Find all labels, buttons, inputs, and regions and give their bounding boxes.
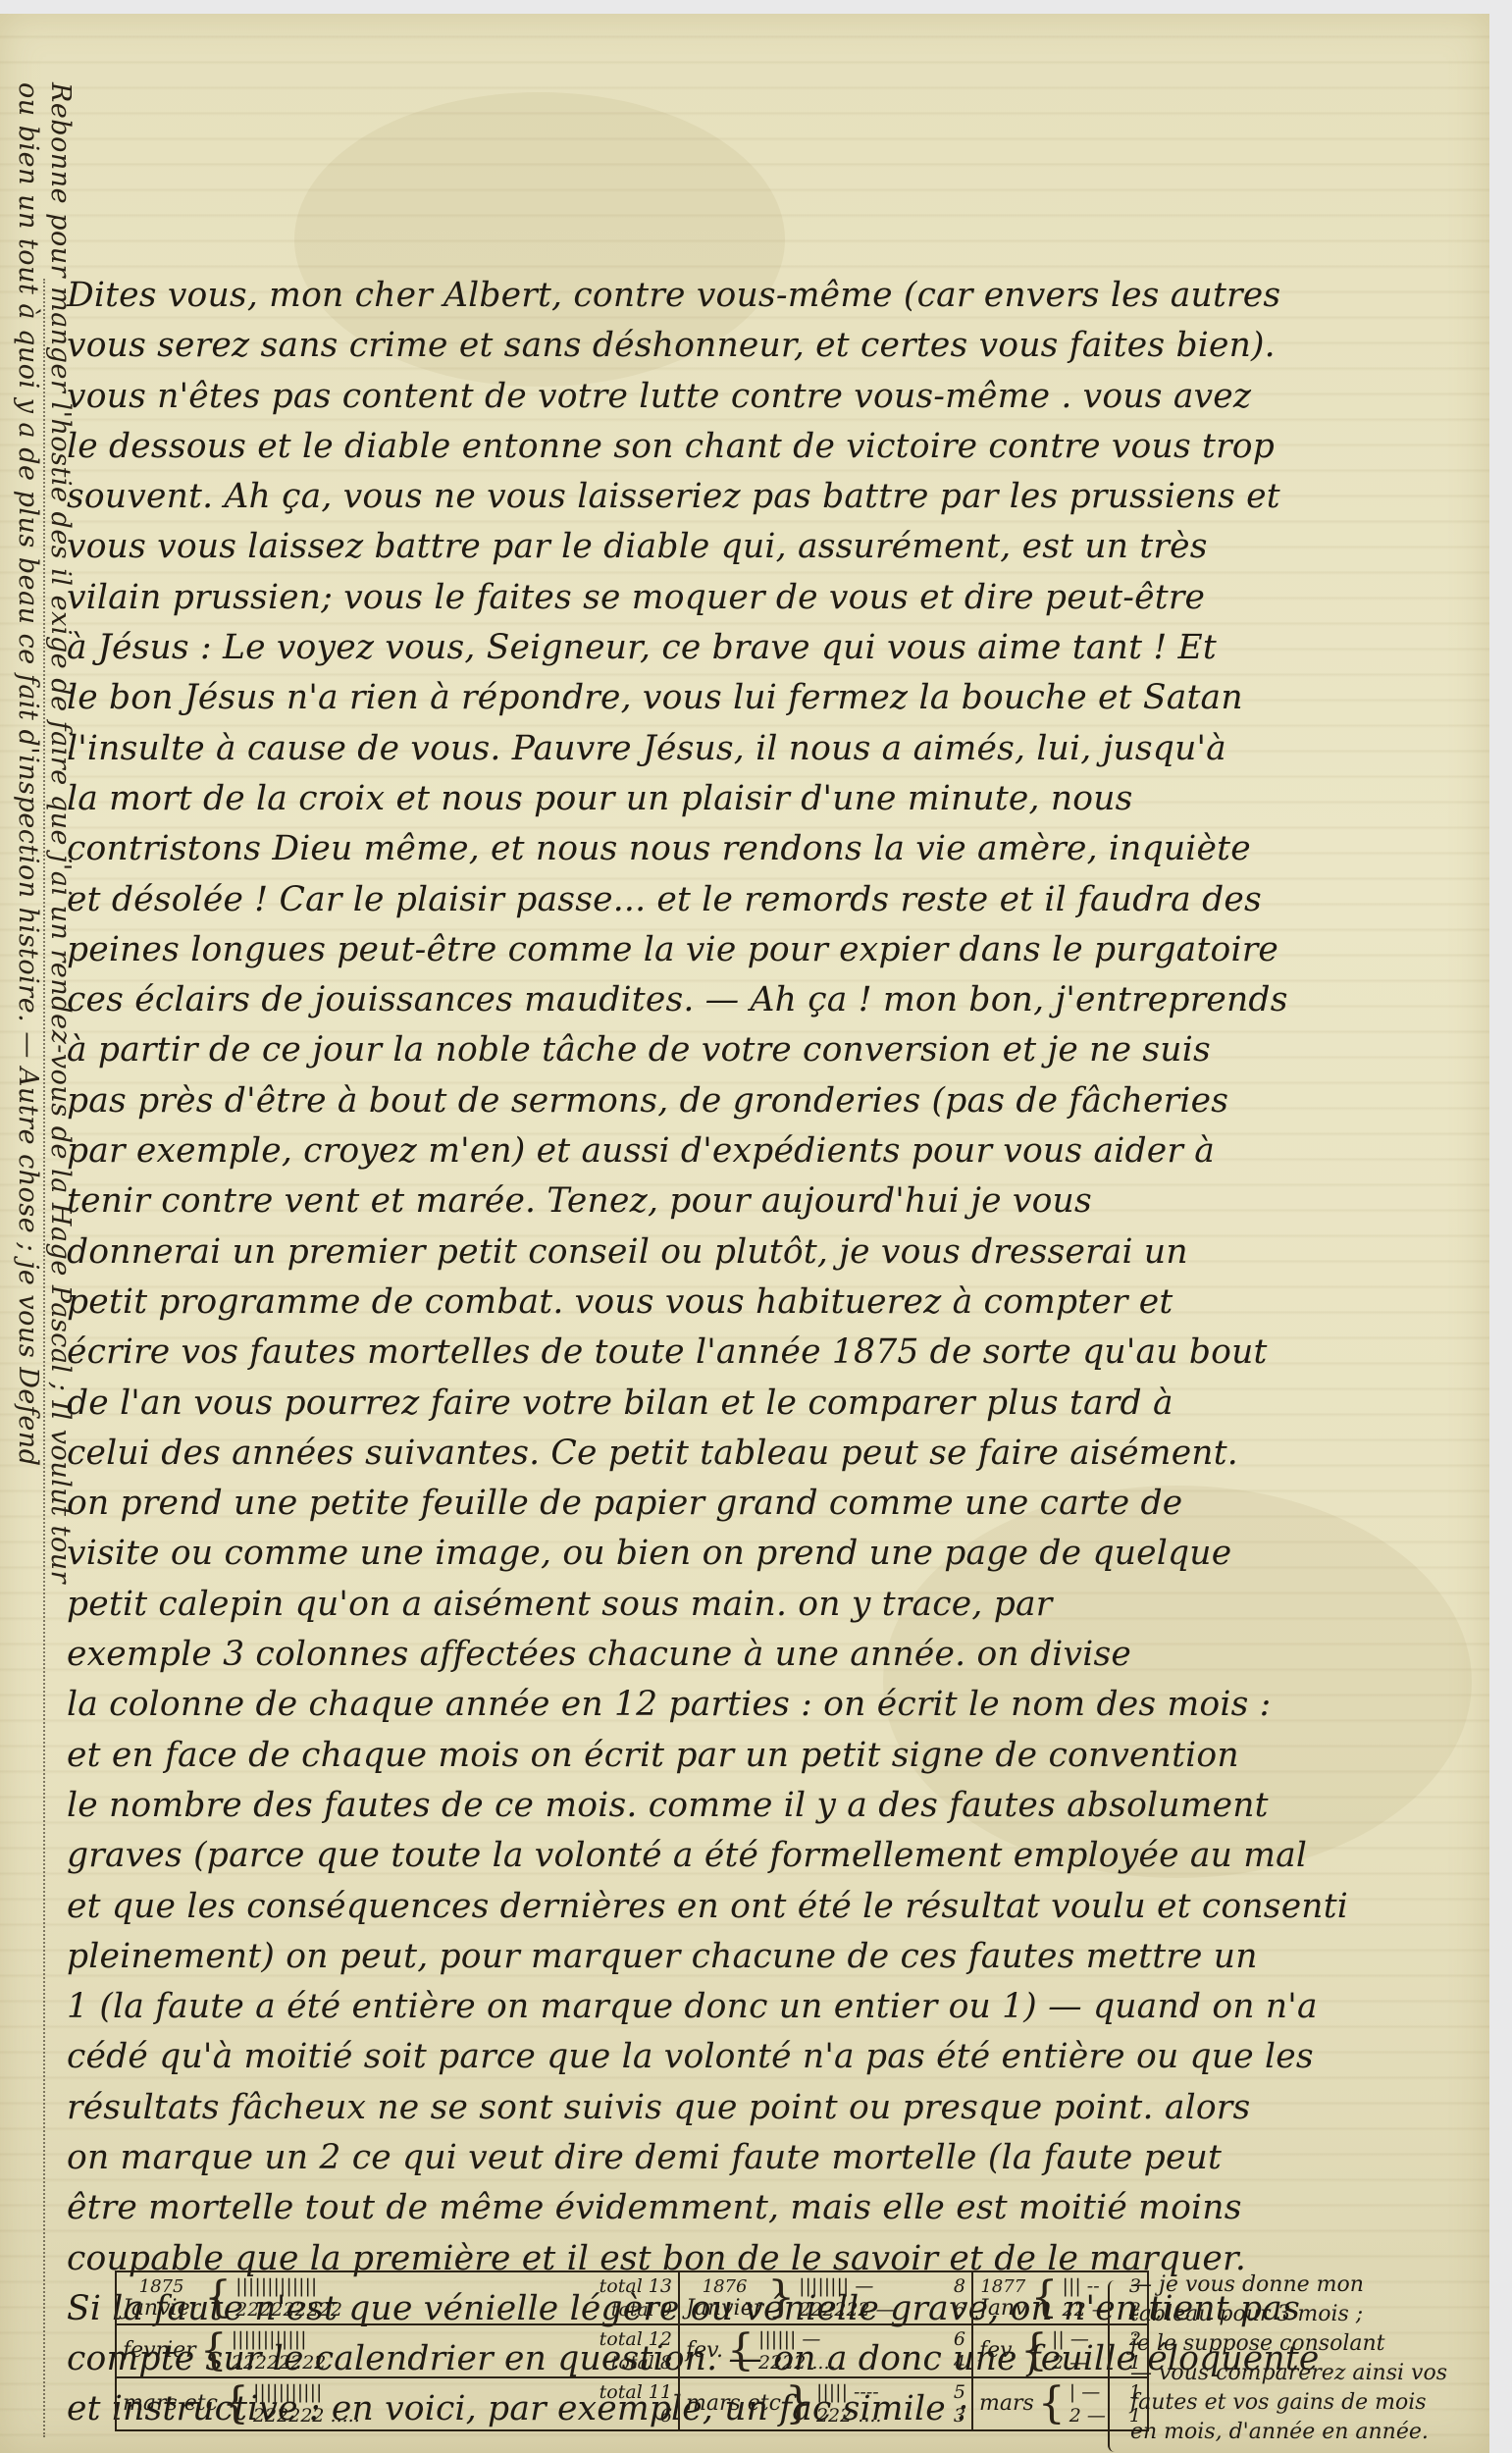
letter-body: Dites vous, mon cher Albert, contre vous…: [67, 271, 1480, 2435]
side-note-line: — vous comparerez ainsi vos: [1130, 2359, 1489, 2388]
brace-icon: {: [1038, 2382, 1066, 2426]
body-line: donnerai un premier petit conseil ou plu…: [67, 1227, 1480, 1278]
tally-marks: 22 —: [1063, 2298, 1111, 2322]
side-note-line: tableau pour 3 mois ;: [1130, 2300, 1489, 2329]
month-label: fev.: [686, 2338, 723, 2363]
body-line: vilain prussien; vous le faites se moque…: [67, 573, 1480, 623]
ledger-cell-1877-jan: 1877Janv { ||| --3 22 —2: [972, 2271, 1148, 2324]
year-label: 1877: [979, 2276, 1027, 2298]
body-line: on marque un 2 ce qui veut dire demi fau…: [67, 2133, 1480, 2183]
body-line: petit programme de combat. vous vous hab…: [67, 1278, 1480, 1328]
body-line: petit calepin qu'on a aisément sous main…: [67, 1580, 1480, 1630]
body-line: de l'an vous pourrez faire votre bilan e…: [67, 1379, 1480, 1429]
tally-total: 6: [954, 2298, 965, 2322]
tally-total: total 8: [611, 2351, 672, 2375]
brace-icon: {: [204, 2276, 232, 2320]
ledger-cell-1876-jan: 1876Janvier } |||||||| —8 222222 —6: [679, 2271, 972, 2324]
fault-ledger: 1875Janvier { |||||||||||||total 13 2222…: [115, 2270, 1488, 2453]
tally-marks: || —: [1052, 2327, 1089, 2351]
month-label: mars etc: [686, 2391, 781, 2416]
ledger-side-note: — je vous donne mon tableau pour 3 mois …: [1130, 2270, 1489, 2447]
body-line: tenir contre vent et marée. Tenez, pour …: [67, 1176, 1480, 1226]
brace-icon: {: [1031, 2276, 1059, 2320]
ledger-cell-1875-mar: mars etc { |||||||||||total 11 222222 ..…: [116, 2377, 679, 2430]
side-note-line: — je vous donne mon: [1130, 2270, 1489, 2300]
body-line: peines longues peut-être comme la vie po…: [67, 925, 1480, 975]
tally-total: total 11: [600, 2380, 672, 2404]
body-line: résultats fâcheux ne se sont suivis que …: [67, 2083, 1480, 2133]
body-line: exemple 3 colonnes affectées chacune à u…: [67, 1630, 1480, 1680]
tally-marks: |||||| —: [758, 2327, 820, 2351]
tally-marks: ||||||||||||: [232, 2327, 307, 2351]
tally-marks: 22222222: [232, 2351, 327, 2375]
body-line: pas près d'être à bout de sermons, de gr…: [67, 1076, 1480, 1126]
body-line: à Jésus : Le voyez vous, Seigneur, ce br…: [67, 623, 1480, 673]
body-line: ces éclairs de jouissances maudites. — A…: [67, 975, 1480, 1025]
ledger-cell-1875-feb: fevrier { ||||||||||||total 12 22222222t…: [116, 2324, 679, 2377]
month-label: mars: [979, 2391, 1034, 2416]
month-label: Janvier: [686, 2296, 763, 2321]
body-line: visite ou comme une image, ou bien on pr…: [67, 1529, 1480, 1579]
tally-total: 5: [954, 2380, 965, 2404]
tally-total: 8: [954, 2274, 965, 2298]
body-line: contristons Dieu même, et nous nous rend…: [67, 824, 1480, 874]
tally-total: 6: [954, 2327, 965, 2351]
body-line: pleinement) on peut, pour marquer chacun…: [67, 1932, 1480, 1982]
month-label: Janvier: [123, 2296, 200, 2321]
tally-marks: |||||||||||||: [235, 2274, 317, 2298]
tally-marks: 2 —: [1069, 2404, 1106, 2427]
side-note-line: fautes et vos gains de mois: [1130, 2388, 1489, 2418]
tally-total: total 9: [611, 2298, 672, 2322]
month-label: Janv: [979, 2296, 1027, 2321]
tally-total: 4: [954, 2351, 965, 2375]
body-line: vous n'êtes pas content de votre lutte c…: [67, 372, 1480, 422]
brace-icon: }: [785, 2382, 812, 2426]
body-line: la colonne de chaque année en 12 parties…: [67, 1680, 1480, 1730]
body-line: vous vous laissez battre par le diable q…: [67, 522, 1480, 572]
month-label: mars etc: [123, 2391, 218, 2416]
tally-marks: | —: [1069, 2380, 1100, 2404]
tally-marks: 2 —: [1052, 2351, 1088, 2375]
tally-marks: ||| --: [1063, 2274, 1100, 2298]
margin-note-line: ou bien un tout à quoi y a de plus beau …: [12, 82, 44, 2418]
tally-marks: |||||||||||: [253, 2380, 322, 2404]
brace-icon: {: [222, 2382, 249, 2426]
month-label: fevrier: [123, 2338, 196, 2363]
body-line: cédé qu'à moitié soit parce que la volon…: [67, 2032, 1480, 2082]
tally-total: 3: [954, 2404, 965, 2427]
body-line: 1 (la faute a été entière on marque donc…: [67, 1982, 1480, 2032]
letter-page: Rebonne pour manger l'hostie des il exig…: [0, 14, 1489, 2453]
body-line: celui des années suivantes. Ce petit tab…: [67, 1429, 1480, 1479]
side-brace-icon: [1108, 2280, 1121, 2452]
tally-marks: |||||||| —: [799, 2274, 873, 2298]
tally-marks: 222 ....: [816, 2404, 881, 2427]
body-line: vous serez sans crime et sans déshonneur…: [67, 321, 1480, 371]
tally-total: total 12: [600, 2327, 672, 2351]
body-line: le dessous et le diable entonne son chan…: [67, 422, 1480, 472]
body-line: et que les conséquences dernières en ont…: [67, 1882, 1480, 1932]
body-line: le bon Jésus n'a rien à répondre, vous l…: [67, 673, 1480, 723]
body-line: Dites vous, mon cher Albert, contre vous…: [67, 271, 1480, 321]
body-line: souvent. Ah ça, vous ne vous laisseriez …: [67, 472, 1480, 522]
year-label: 1876: [686, 2276, 763, 2298]
side-note-line: je le suppose consolant: [1130, 2329, 1489, 2359]
body-line: être mortelle tout de même évidemment, m…: [67, 2183, 1480, 2233]
tally-marks: 222222 .....: [253, 2404, 360, 2427]
brace-icon: {: [727, 2329, 755, 2373]
tally-marks: 2222 ....: [758, 2351, 836, 2375]
body-line: et en face de chaque mois on écrit par u…: [67, 1731, 1480, 1781]
tally-marks: 222222222: [235, 2298, 342, 2322]
brace-icon: }: [767, 2276, 795, 2320]
body-line: à partir de ce jour la noble tâche de vo…: [67, 1025, 1480, 1075]
tally-marks: 222222 —: [799, 2298, 895, 2322]
ledger-cell-1876-feb: fev. { |||||| —6 2222 ....4: [679, 2324, 972, 2377]
body-line: écrire vos fautes mortelles de toute l'a…: [67, 1328, 1480, 1378]
side-note-line: en mois, d'année en année.: [1130, 2418, 1489, 2447]
ledger-cell-1877-feb: fev. { || —2 2 —1: [972, 2324, 1148, 2377]
brace-icon: {: [1020, 2329, 1048, 2373]
body-line: l'insulte à cause de vous. Pauvre Jésus,…: [67, 724, 1480, 774]
ledger-cell-1875-jan: 1875Janvier { |||||||||||||total 13 2222…: [116, 2271, 679, 2324]
body-line: et désolée ! Car le plaisir passe... et …: [67, 875, 1480, 925]
ledger-cell-1877-mar: mars { | —1 2 —1: [972, 2377, 1148, 2430]
month-label: fev.: [979, 2338, 1017, 2363]
year-label: 1875: [123, 2276, 200, 2298]
ledger-table: 1875Janvier { |||||||||||||total 13 2222…: [115, 2270, 1149, 2431]
tally-total: total 13: [600, 2274, 672, 2298]
tally-marks: ||||| ----: [816, 2380, 879, 2404]
body-line: graves (parce que toute la volonté a été…: [67, 1831, 1480, 1881]
body-line: le nombre des fautes de ce mois. comme i…: [67, 1781, 1480, 1831]
body-line: par exemple, croyez m'en) et aussi d'exp…: [67, 1126, 1480, 1176]
brace-icon: {: [200, 2329, 228, 2373]
body-line: on prend une petite feuille de papier gr…: [67, 1479, 1480, 1529]
body-line: la mort de la croix et nous pour un plai…: [67, 774, 1480, 824]
margin-bracket: [43, 279, 59, 2437]
tally-total: 6: [660, 2404, 672, 2427]
ledger-cell-1876-mar: mars etc } ||||| ----5 222 ....3: [679, 2377, 972, 2430]
